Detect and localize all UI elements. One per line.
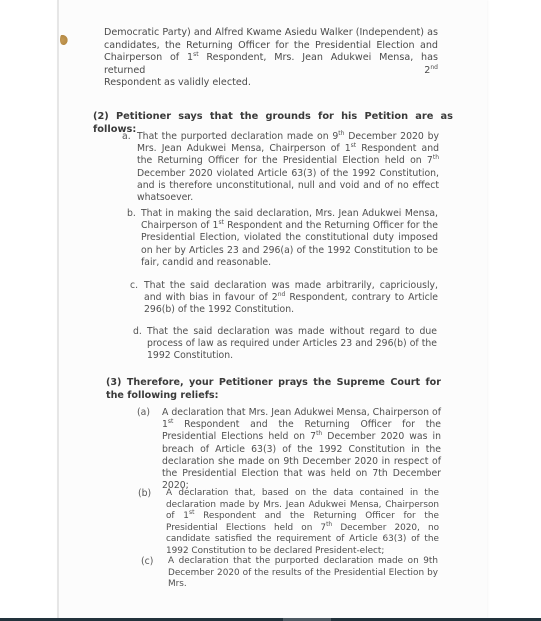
item-label: (a)	[137, 407, 150, 419]
item-text: That the said declaration was made witho…	[147, 326, 437, 361]
ground-b: That in making the said declaration, Mrs…	[141, 208, 438, 269]
intro-paragraph: Democratic Party) and Alfred Kwame Asied…	[104, 27, 438, 90]
section-number: (3)	[106, 377, 121, 388]
intro-line-4: Respondent as validly elected.	[104, 77, 438, 90]
item-label: c.	[130, 280, 138, 292]
item-label: (b)	[138, 488, 151, 500]
intro-line-2: candidates, the Returning Officer for th…	[104, 40, 438, 53]
item-text: December 2020 violated Article 63(3) of …	[137, 168, 439, 203]
intro-line-1: Democratic Party) and Alfred Kwame Asied…	[104, 27, 438, 40]
page-curl-icon	[60, 33, 68, 45]
item-label: d.	[133, 326, 142, 338]
item-label: (c)	[141, 556, 153, 568]
section-number: (2)	[93, 111, 109, 122]
relief-c: A declaration that the purported declara…	[168, 556, 438, 591]
section-3-heading: (3) Therefore, your Petitioner prays the…	[106, 377, 441, 402]
superscript: th	[433, 154, 439, 161]
intro-line-3: Chairperson of 1st Respondent, Mrs. Jean…	[104, 52, 438, 77]
superscript: nd	[430, 64, 438, 71]
item-label: b.	[127, 208, 136, 220]
relief-a: A declaration that Mrs. Jean Adukwei Men…	[162, 407, 441, 492]
ground-c: That the said declaration was made arbit…	[144, 280, 438, 317]
item-text: That the purported declaration made on 9	[137, 131, 338, 142]
intro-text: Chairperson of 1	[104, 52, 193, 63]
ground-a: That the purported declaration made on 9…	[137, 131, 439, 204]
section-heading-text: Therefore, your Petitioner prays the Sup…	[106, 377, 441, 401]
item-label: a.	[122, 131, 131, 143]
ground-d: That the said declaration was made witho…	[147, 326, 437, 363]
item-text: A declaration that the purported declara…	[168, 556, 438, 589]
relief-b: A declaration that, based on the data co…	[166, 488, 439, 558]
